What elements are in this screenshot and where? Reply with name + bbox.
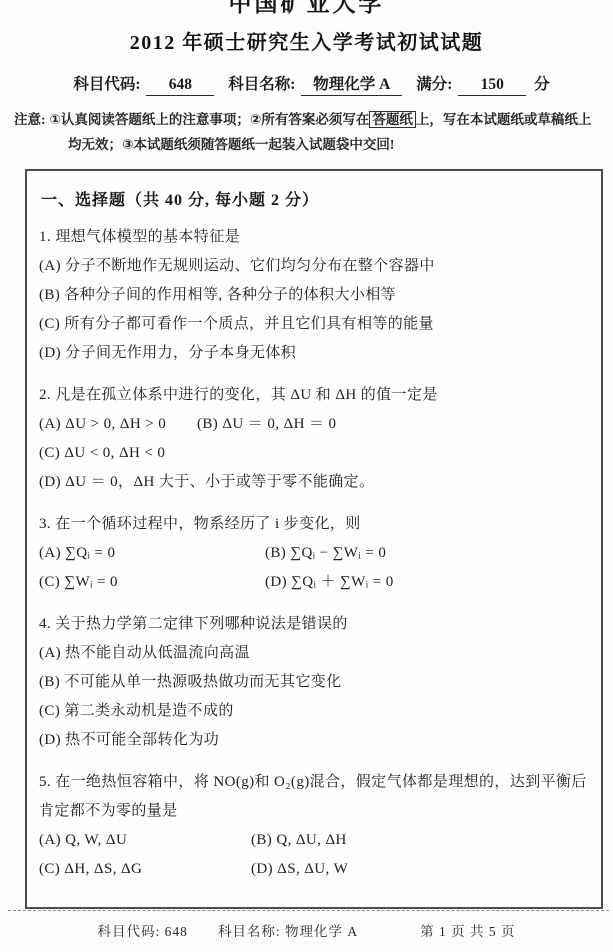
question-2-option-d: (D) ΔU ＝ 0，ΔH 大于、小于或等于零不能确定。 bbox=[39, 468, 587, 497]
question-2-option-c: (C) ΔU < 0, ΔH < 0 bbox=[39, 439, 587, 468]
notice-boxed-word: 答题纸 bbox=[369, 111, 416, 128]
question-4-option-a: (A) 热不能自动从低温流向高温 bbox=[39, 639, 587, 668]
page-footer: 科目代码: 648 科目名称: 物理化学 A 第 1 页 共 5 页 bbox=[0, 920, 613, 940]
footer-page-number: 第 1 页 共 5 页 bbox=[420, 920, 515, 940]
footer-divider bbox=[8, 910, 609, 911]
footer-subject-code: 科目代码: 648 bbox=[97, 920, 187, 940]
question-3-option-c: (C) ∑Wᵢ = 0 bbox=[39, 568, 265, 597]
question-4-option-d: (D) 热不可能全部转化为功 bbox=[39, 726, 587, 755]
full-score-value: 150 bbox=[458, 76, 526, 96]
question-1-option-c: (C) 所有分子都可看作一个质点，并且它们具有相等的能量 bbox=[39, 310, 587, 339]
subject-code-value: 648 bbox=[146, 76, 214, 96]
exam-title: 2012 年硕士研究生入学考试初试试题 bbox=[0, 31, 613, 56]
subject-name-label: 科目名称: bbox=[228, 76, 295, 93]
footer-subject-name: 科目名称: 物理化学 A bbox=[218, 920, 358, 940]
question-5: 5. 在一绝热恒容箱中，将 NO(g)和 O₂(g)混合，假定气体都是理想的，达… bbox=[39, 768, 587, 884]
question-4-option-c: (C) 第二类永动机是造不成的 bbox=[39, 697, 587, 726]
notice-text-part1: ①认真阅读答题纸上的注意事项；②所有答案必须写在 bbox=[50, 112, 370, 127]
exam-paper-page: 中国矿业大学 2012 年硕士研究生入学考试初试试题 科目代码: 648 科目名… bbox=[0, 0, 613, 944]
section-title: 一、选择题（共 40 分, 每小题 2 分） bbox=[41, 187, 587, 210]
question-2-option-b: (B) ΔU ＝ 0, ΔH ＝ 0 bbox=[197, 410, 336, 439]
notice-line-1: 注意:①认真阅读答题纸上的注意事项；②所有答案必须写在答题纸上，写在本试题纸或草… bbox=[14, 107, 601, 132]
notice-label: 注意: bbox=[14, 112, 46, 127]
question-3-option-d: (D) ∑Qᵢ ＋ ∑Wᵢ = 0 bbox=[265, 568, 394, 597]
notice-text-part2: 上，写在本试题纸或草稿纸上 bbox=[416, 112, 592, 127]
question-1-option-b: (B) 各种分子间的作用相等, 各种分子的体积大小相等 bbox=[39, 281, 587, 310]
question-4-option-b: (B) 不可能从单一热源吸热做功而无其它变化 bbox=[39, 668, 587, 697]
question-4-stem: 4. 关于热力学第二定律下列哪种说法是错误的 bbox=[39, 610, 587, 639]
question-5-option-a: (A) Q, W, ΔU bbox=[39, 826, 251, 855]
question-1-option-a: (A) 分子不断地作无规则运动、它们均匀分布在整个容器中 bbox=[39, 252, 587, 281]
question-box: 一、选择题（共 40 分, 每小题 2 分） 1. 理想气体模型的基本特征是 (… bbox=[25, 169, 603, 909]
question-5-stem: 5. 在一绝热恒容箱中，将 NO(g)和 O₂(g)混合，假定气体都是理想的，达… bbox=[39, 768, 587, 826]
question-1-option-d: (D) 分子间无作用力，分子本身无体积 bbox=[39, 339, 587, 368]
question-3-option-a: (A) ∑Qᵢ = 0 bbox=[39, 539, 265, 568]
university-title: 中国矿业大学 bbox=[0, 0, 613, 16]
question-3: 3. 在一个循环过程中，物系经历了 i 步变化，则 (A) ∑Qᵢ = 0 (B… bbox=[39, 510, 587, 597]
notice-block: 注意:①认真阅读答题纸上的注意事项；②所有答案必须写在答题纸上，写在本试题纸或草… bbox=[14, 107, 601, 157]
full-score-label: 满分: bbox=[416, 76, 452, 93]
question-3-option-b: (B) ∑Qᵢ − ∑Wᵢ = 0 bbox=[265, 539, 386, 568]
question-4: 4. 关于热力学第二定律下列哪种说法是错误的 (A) 热不能自动从低温流向高温 … bbox=[39, 610, 587, 755]
subject-name-value: 物理化学 A bbox=[301, 72, 402, 96]
question-5-option-c: (C) ΔH, ΔS, ΔG bbox=[39, 855, 251, 884]
question-1: 1. 理想气体模型的基本特征是 (A) 分子不断地作无规则运动、它们均匀分布在整… bbox=[39, 223, 587, 368]
question-5-option-b: (B) Q, ΔU, ΔH bbox=[251, 826, 347, 855]
full-score-unit: 分 bbox=[534, 76, 550, 93]
question-2-stem: 2. 凡是在孤立体系中进行的变化，其 ΔU 和 ΔH 的值一定是 bbox=[39, 381, 587, 410]
notice-line-2: 均无效；③本试题纸须随答题纸一起装入试题袋中交回! bbox=[14, 132, 601, 157]
subject-info-line: 科目代码: 648 科目名称: 物理化学 A 满分: 150 分 bbox=[0, 72, 613, 96]
question-1-stem: 1. 理想气体模型的基本特征是 bbox=[39, 223, 587, 252]
question-3-stem: 3. 在一个循环过程中，物系经历了 i 步变化，则 bbox=[39, 510, 587, 539]
question-2: 2. 凡是在孤立体系中进行的变化，其 ΔU 和 ΔH 的值一定是 (A) ΔU … bbox=[39, 381, 587, 497]
question-2-option-a: (A) ΔU > 0, ΔH > 0 bbox=[39, 410, 197, 439]
question-5-option-d: (D) ΔS, ΔU, W bbox=[251, 855, 348, 884]
subject-code-label: 科目代码: bbox=[73, 76, 140, 93]
